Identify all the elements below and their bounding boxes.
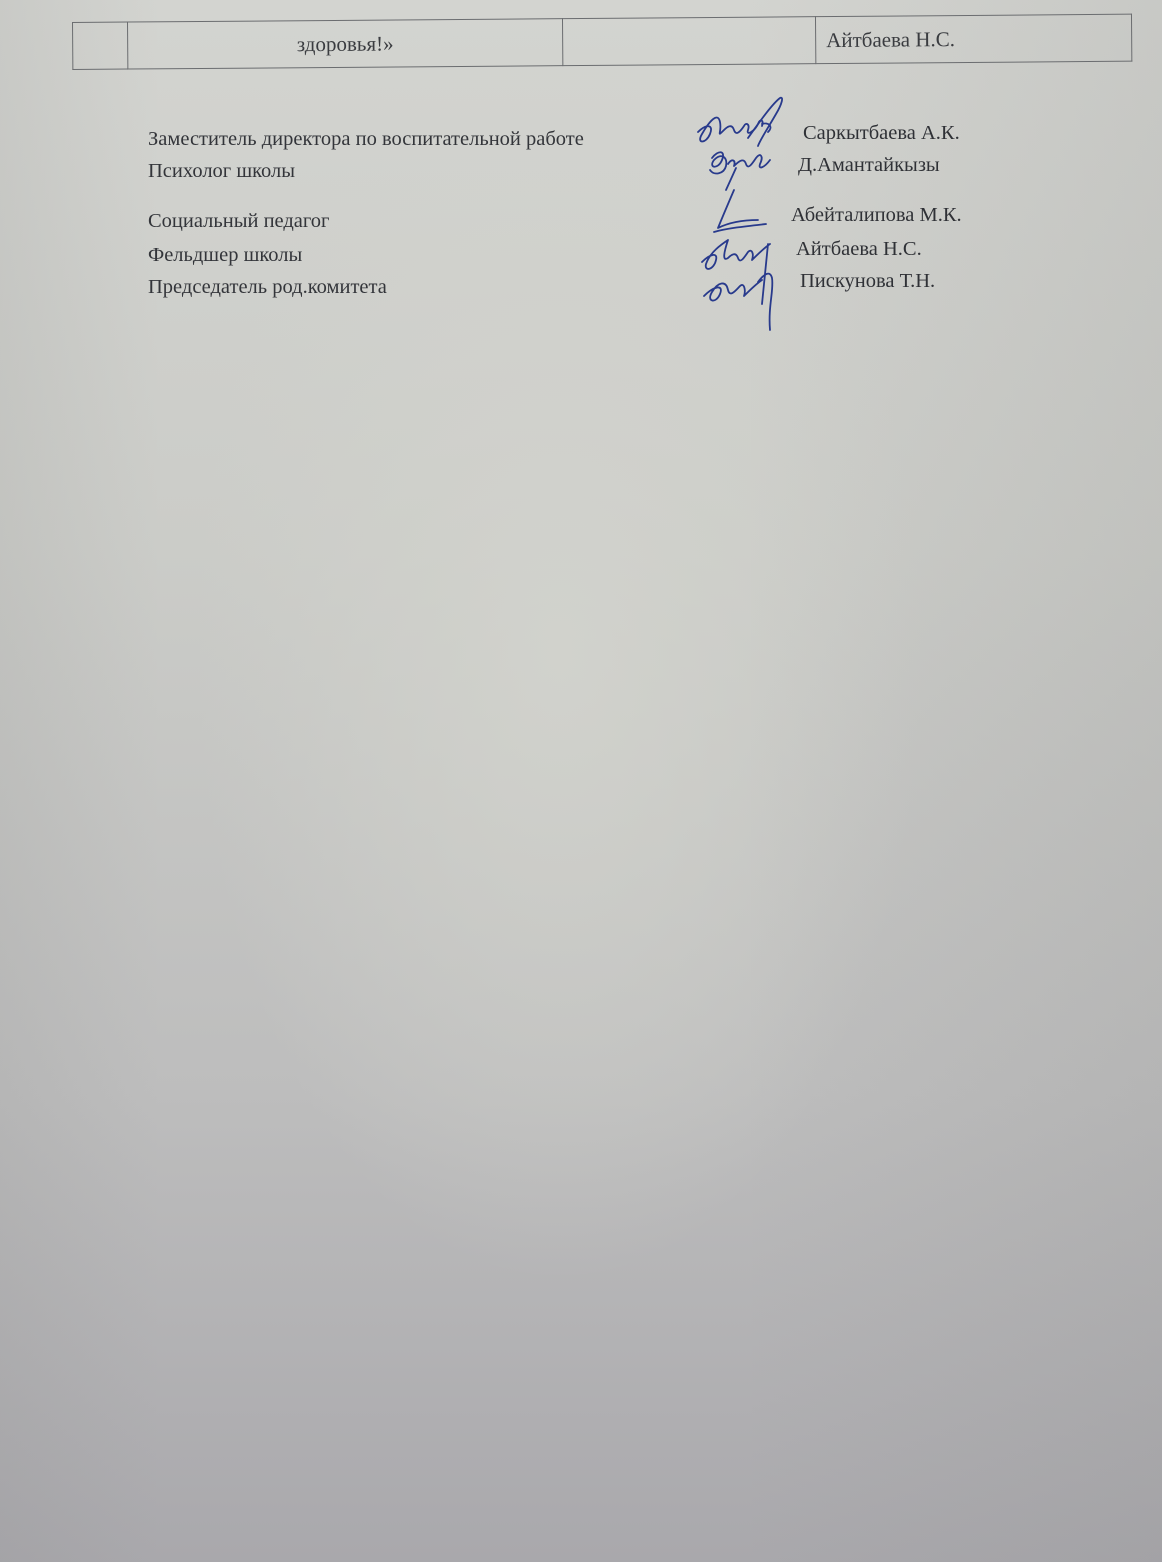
signer-role: Заместитель директора по воспитательной … xyxy=(148,128,584,151)
signer-role: Социальный педагог xyxy=(148,210,329,233)
signer-role: Фельдшер школы xyxy=(148,244,302,267)
table-cell-number xyxy=(73,22,128,69)
signature-row: Социальный педагог Абейталипова М.К. xyxy=(148,210,1048,240)
table-row: здоровья!» Айтбаева Н.С. xyxy=(73,14,1132,69)
signature-row: Председатель род.комитета Пискунова Т.Н. xyxy=(148,276,1048,306)
signer-role: Психолог школы xyxy=(148,160,295,183)
signer-name: Пискунова Т.Н. xyxy=(800,270,935,293)
signature-row: Психолог школы Д.Амантайкызы xyxy=(148,160,1048,190)
plan-table-continuation: здоровья!» Айтбаева Н.С. xyxy=(72,14,1132,70)
table-cell-date xyxy=(562,17,815,66)
signer-name: Саркытбаева А.К. xyxy=(803,122,960,145)
table-cell-responsible: Айтбаева Н.С. xyxy=(815,14,1131,63)
signer-name: Д.Амантайкызы xyxy=(798,154,940,177)
page-shadow-left xyxy=(0,0,160,1562)
signer-role: Председатель род.комитета xyxy=(148,276,387,299)
handwritten-signatures-icon xyxy=(688,94,818,334)
table-cell-event: здоровья!» xyxy=(128,19,563,69)
